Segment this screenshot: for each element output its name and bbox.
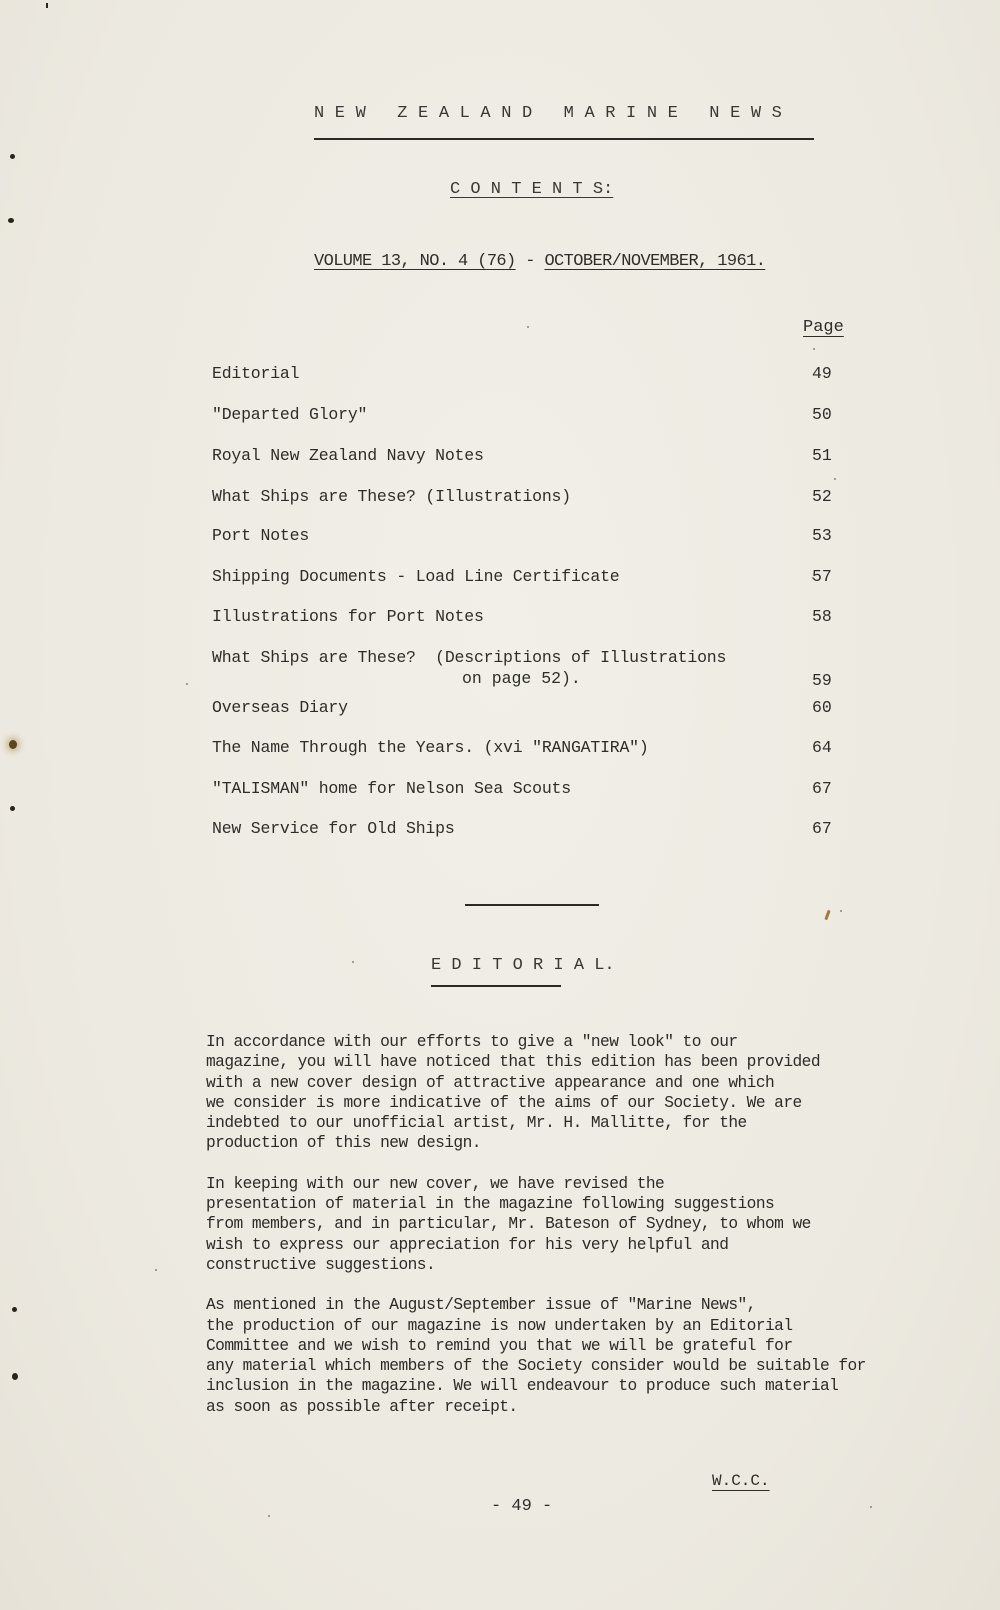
toc-entry-title: Illustrations for Port Notes [212, 607, 484, 626]
margin-mark [8, 218, 14, 223]
toc-entry-title: Shipping Documents - Load Line Certifica… [212, 567, 619, 586]
margin-mark [46, 3, 48, 8]
toc-entry-title: "TALISMAN" home for Nelson Sea Scouts [212, 779, 571, 798]
margin-mark [12, 1373, 18, 1380]
toc-entry-page: 52 [812, 487, 842, 506]
volume-number: VOLUME 13, NO. 4 (76) [314, 252, 516, 271]
editorial-signature: W.C.C. [712, 1472, 770, 1490]
toc-entry-page: 49 [812, 364, 842, 383]
contents-heading: C O N T E N T S: [450, 180, 613, 199]
toc-entry-title: What Ships are These? (Illustrations) [212, 487, 571, 506]
toc-entry-page: 64 [812, 738, 842, 757]
editorial-body: In accordance with our efforts to give a… [206, 1032, 966, 1437]
toc-entry-page: 50 [812, 405, 842, 424]
margin-mark [10, 154, 15, 159]
issue-date: OCTOBER/NOVEMBER, 1961. [544, 252, 765, 271]
editorial-heading-rule [431, 985, 561, 987]
editorial-paragraph: In accordance with our efforts to give a… [206, 1032, 966, 1154]
volume-separator: - [516, 252, 545, 271]
toc-entry-page: 67 [812, 779, 842, 798]
toc-entry-page: 53 [812, 526, 842, 545]
toc-entry-page: 67 [812, 819, 842, 838]
page-column-header: Page [803, 318, 844, 337]
toc-entry-page: 58 [812, 607, 842, 626]
toc-entry-title: Port Notes [212, 526, 309, 545]
toc-entry-page: 60 [812, 698, 842, 717]
masthead-rule [314, 138, 814, 140]
toc-entry-title: Royal New Zealand Navy Notes [212, 446, 484, 465]
toc-entry-title: New Service for Old Ships [212, 819, 455, 838]
toc-entry-page: 59 [812, 671, 842, 690]
toc-entry-title: The Name Through the Years. (xvi "RANGAT… [212, 738, 649, 757]
publication-masthead: N E W Z E A L A N D M A R I N E N E W S [314, 104, 814, 123]
editorial-paragraph: As mentioned in the August/September iss… [206, 1295, 966, 1417]
toc-entry-title-continued: on page 52). [462, 669, 581, 688]
toc-entry-page: 57 [812, 567, 842, 586]
toc-entry-title: What Ships are These? (Descriptions of I… [212, 648, 726, 667]
margin-mark [10, 806, 15, 811]
scanned-page: N E W Z E A L A N D M A R I N E N E W S … [0, 0, 1000, 1610]
margin-mark [12, 1307, 17, 1312]
volume-issue-line: VOLUME 13, NO. 4 (76) - OCTOBER/NOVEMBER… [314, 252, 765, 271]
editorial-heading: E D I T O R I A L. [431, 956, 615, 975]
toc-entry-title: Editorial [212, 364, 299, 383]
margin-mark [9, 740, 17, 749]
section-divider [465, 904, 599, 906]
toc-entry-title: Overseas Diary [212, 698, 348, 717]
editorial-paragraph: In keeping with our new cover, we have r… [206, 1174, 966, 1275]
toc-entry-page: 51 [812, 446, 842, 465]
toc-entry-title: "Departed Glory" [212, 405, 367, 424]
page-number: - 49 - [491, 1497, 552, 1516]
